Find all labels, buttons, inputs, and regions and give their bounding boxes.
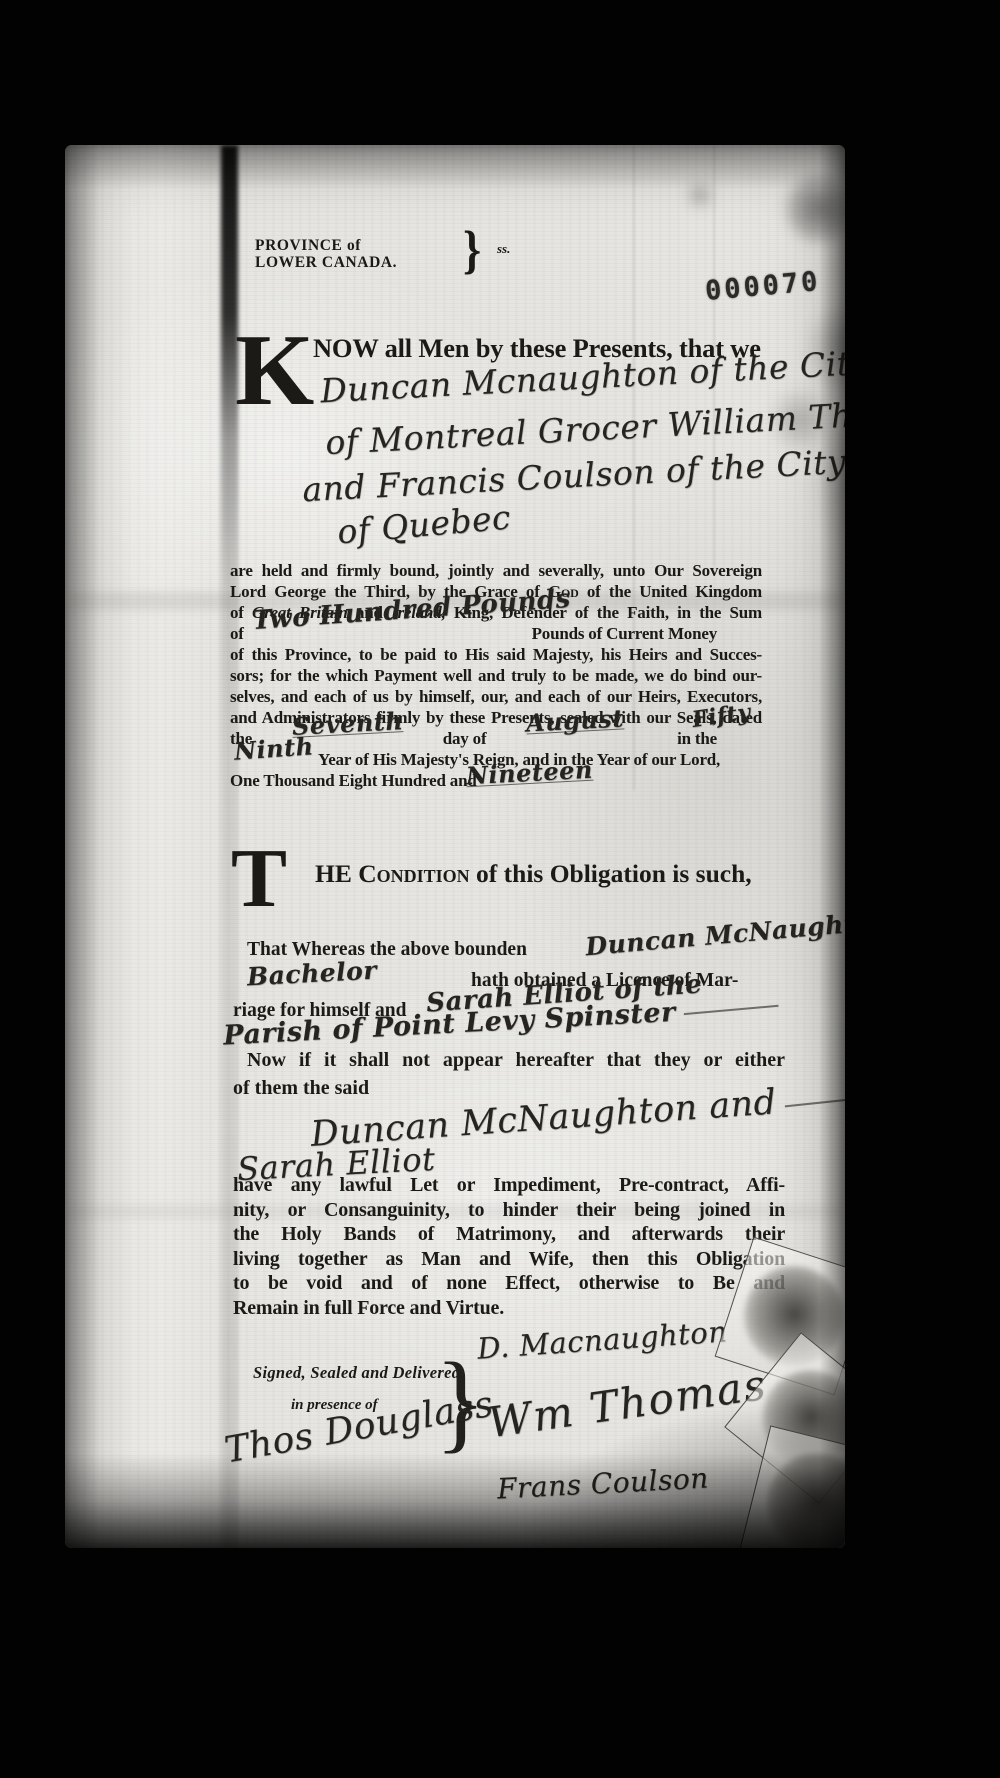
condition-heading-rest: of this Obligation is such, <box>470 859 752 888</box>
province-line2: LOWER CANADA. <box>255 254 397 271</box>
condition-heading-he: HE <box>315 859 358 888</box>
whereas-paragraph: That Whereas the above bounden hath obta… <box>233 935 781 1057</box>
condition-heading: HE Condition of this Obligation is such, <box>315 859 752 889</box>
serial-number-stamp: 000070 <box>704 266 822 307</box>
scanner-background: PROVINCE of LOWER CANADA. } ss. 000070 K… <box>0 0 1000 1778</box>
closing-line: living together as Man and Wife, then th… <box>233 1247 785 1272</box>
party-signature-3: Frans Coulson <box>496 1461 709 1505</box>
handwritten-month: August <box>525 707 624 734</box>
handwritten-year: Nineteen <box>466 759 594 788</box>
header-brace: } <box>463 219 481 280</box>
bond-line-7: selves, and each of us by himself, our, … <box>230 686 762 707</box>
closing-line: the Holy Bands of Matrimony, and afterwa… <box>233 1222 785 1247</box>
condition-heading-smallcaps: Condition <box>358 859 469 888</box>
bond-line-4-of: of <box>230 623 244 644</box>
document-paper: PROVINCE of LOWER CANADA. } ss. 000070 K… <box>65 145 845 1548</box>
paper-top-shadow <box>65 145 845 190</box>
bond-line-3-text: of <box>230 603 252 622</box>
bond-line-5: of this Province, to be paid to His said… <box>230 644 762 665</box>
closing-line: to be void and of none Effect, otherwise… <box>233 1271 785 1296</box>
bond-paragraph: are held and firmly bound, jointly and s… <box>230 560 762 791</box>
now-line-1: Now if it shall not appear hereafter tha… <box>233 1047 785 1075</box>
dropcap-T: T <box>231 845 287 914</box>
bond-line-6: sors; for the which Payment well and tru… <box>230 665 762 686</box>
closing-line: have any lawful Let or Impediment, Pre-c… <box>233 1173 785 1198</box>
handwritten-regnal-year-2: Ninth <box>233 735 314 761</box>
party-signature-2: Wm Thomas <box>485 1360 770 1448</box>
ss-abbreviation: ss. <box>497 241 510 257</box>
paper-bottom-shadow <box>65 1453 845 1548</box>
dropcap-K: K <box>235 329 314 413</box>
closing-line: nity, or Consanguinity, to hinder their … <box>233 1198 785 1223</box>
paper-left-margin-strip <box>65 145 223 1548</box>
witness-attestation-line-1: Signed, Sealed and Delivered, <box>253 1363 465 1383</box>
bond-line-1: are held and firmly bound, jointly and s… <box>230 560 762 581</box>
province-heading: PROVINCE of LOWER CANADA. <box>255 237 397 271</box>
bond-line-4-rest: Pounds of Current Money <box>532 623 717 644</box>
bond-line-2-rest: of the United Kingdom <box>579 582 762 601</box>
wax-seal-icon <box>756 1442 845 1548</box>
province-line1: PROVINCE of <box>255 237 397 254</box>
bond-line-9-dayof: day of <box>443 728 487 749</box>
party-signature-1: D. Macnaughton <box>476 1314 728 1365</box>
closing-paragraph: have any lawful Let or Impediment, Pre-c… <box>233 1173 785 1321</box>
